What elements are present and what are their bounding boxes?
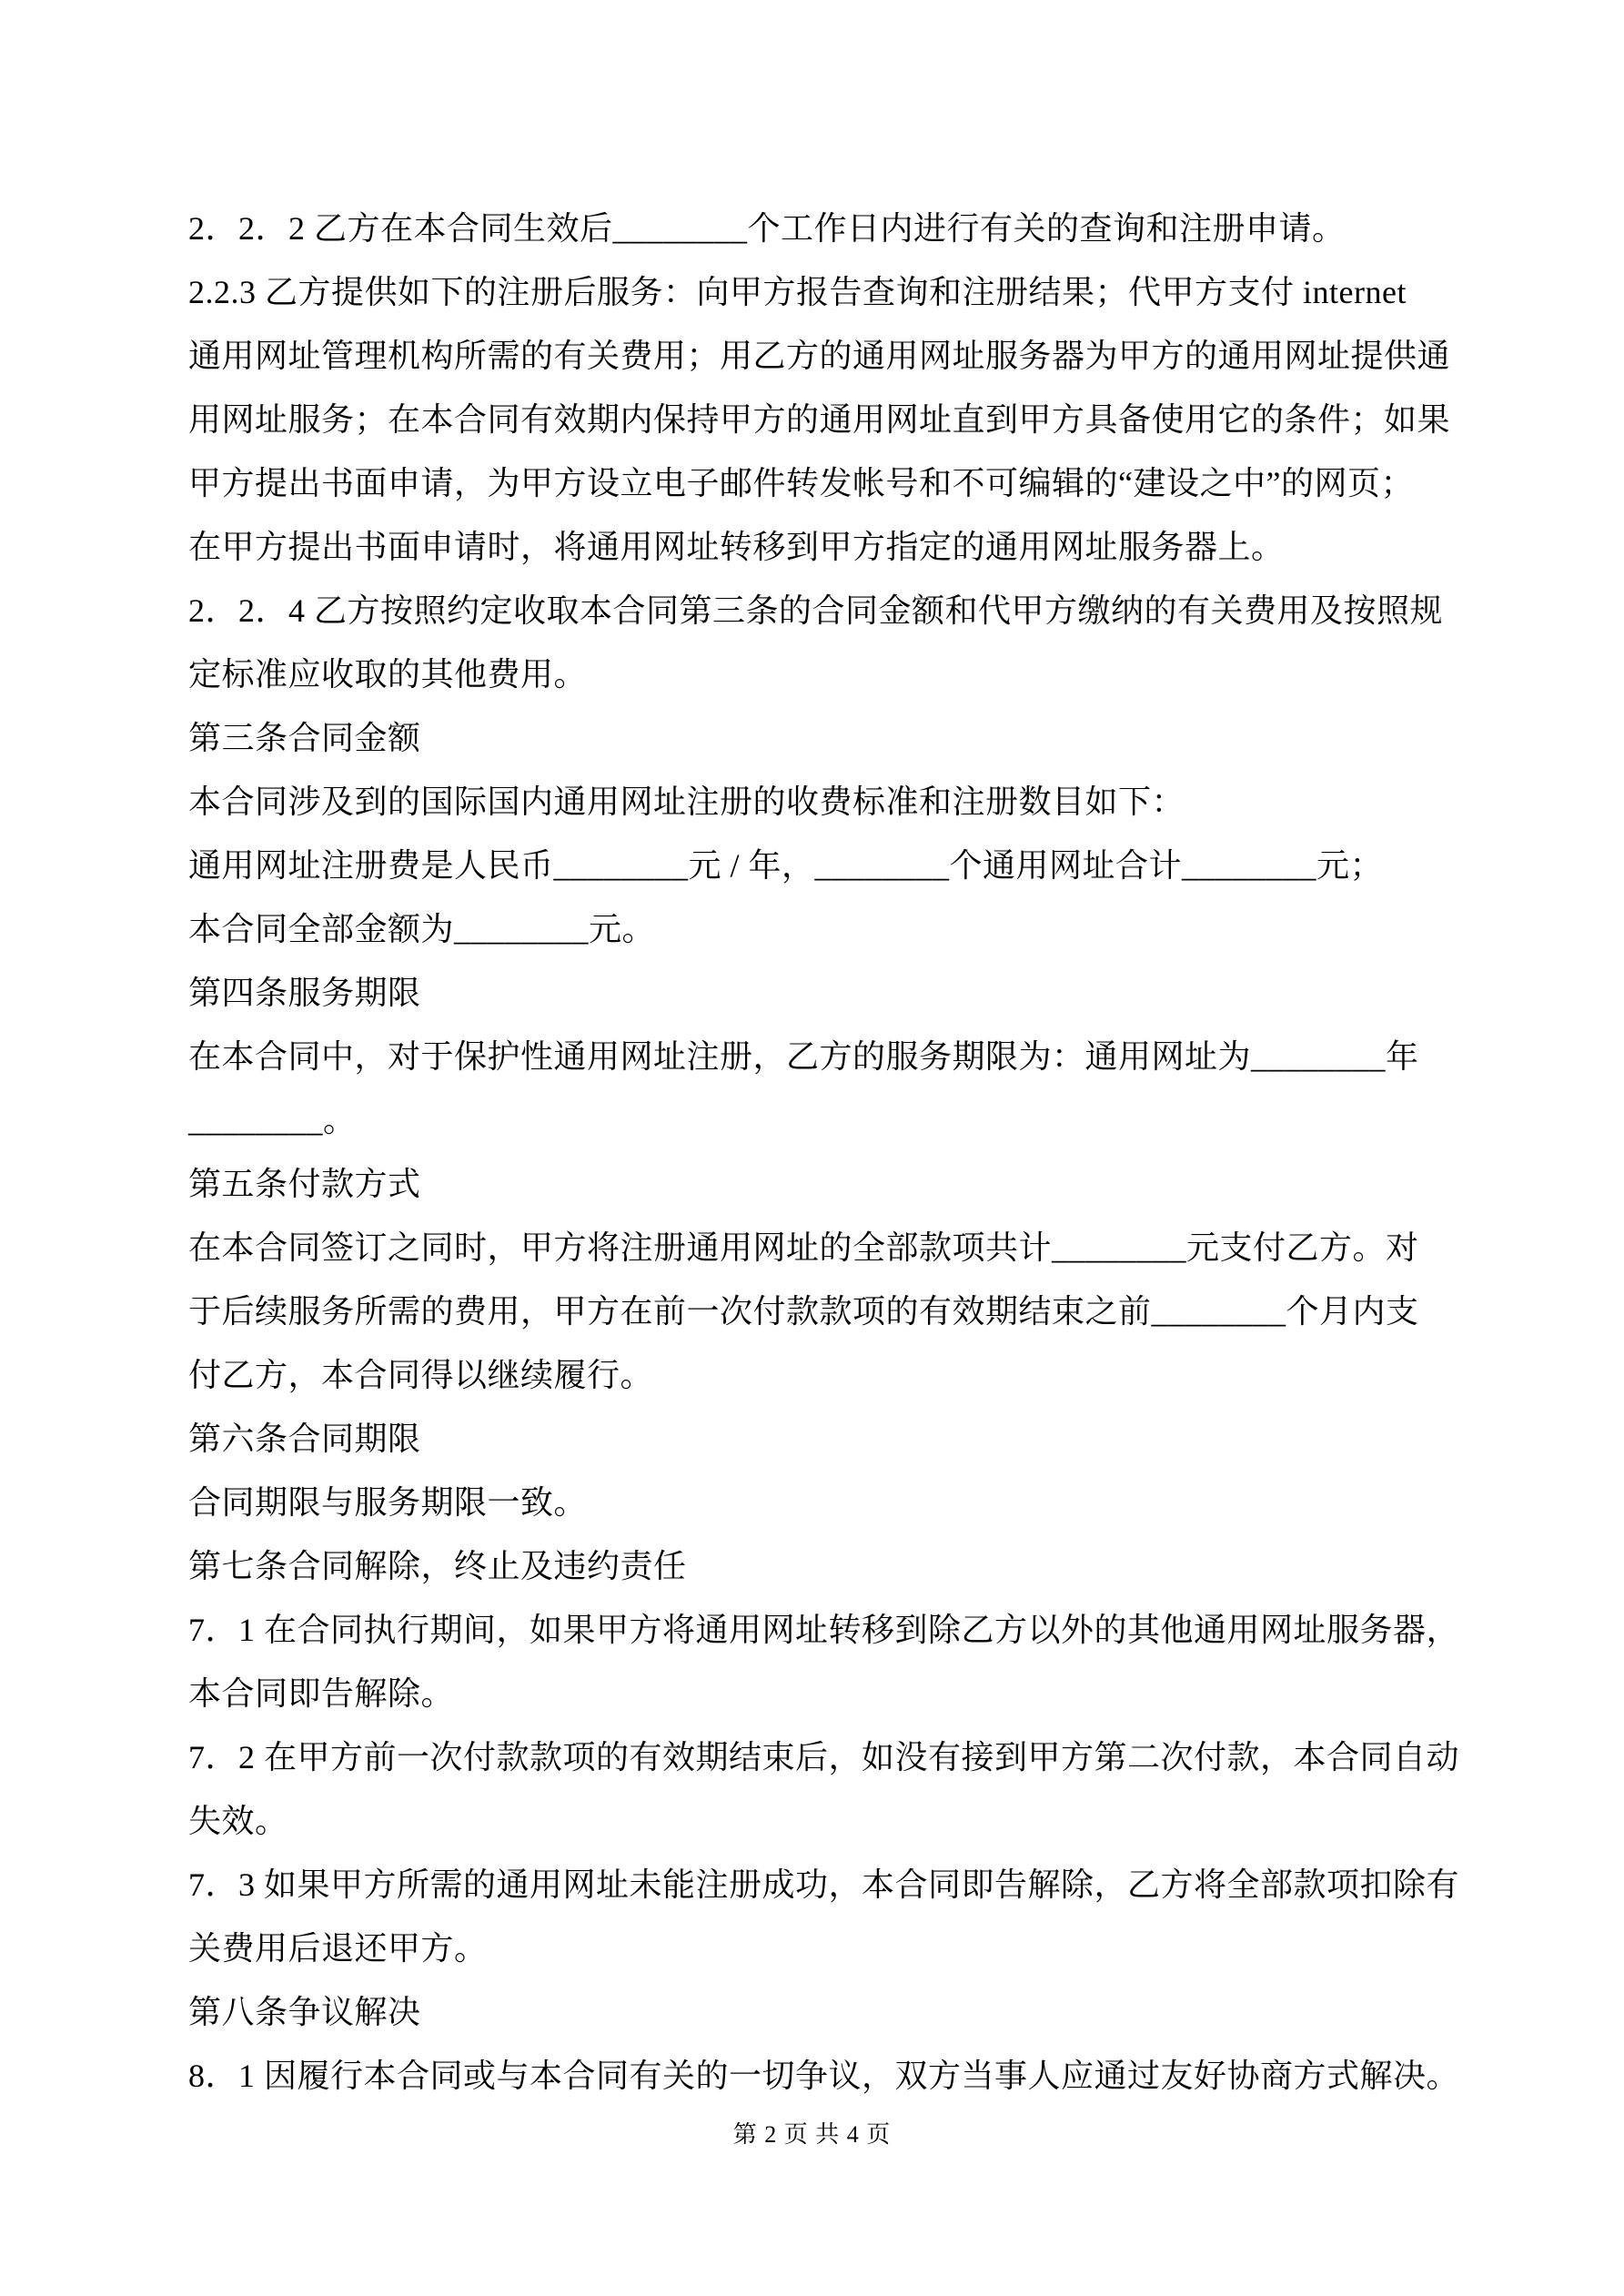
clause-2-2-2-line: 2．2．2 乙方在本合同生效后________个工作日内进行有关的查询和注册申请…: [188, 197, 1448, 260]
article-3-heading: 第三条合同金额: [188, 706, 1448, 770]
contract-body: 2．2．2 乙方在本合同生效后________个工作日内进行有关的查询和注册申请…: [188, 197, 1448, 2108]
contract-document-page: 2．2．2 乙方在本合同生效后________个工作日内进行有关的查询和注册申请…: [0, 0, 1624, 2296]
page-number: 第 2 页 共 4 页: [0, 2117, 1624, 2153]
clause-2-2-3-line-2: 通用网址管理机构所需的有关费用；用乙方的通用网址服务器为甲方的通用网址提供通: [188, 324, 1448, 388]
clause-2-2-4-line-2: 定标准应收取的其他费用。: [188, 642, 1448, 706]
article-6-line-1: 合同期限与服务期限一致。: [188, 1471, 1448, 1534]
article-8-heading: 第八条争议解决: [188, 1980, 1448, 2044]
clause-2-2-3-line-1: 2.2.3 乙方提供如下的注册后服务：向甲方报告查询和注册结果；代甲方支付 in…: [188, 260, 1448, 324]
clause-2-2-4-line-1: 2．2．4 乙方按照约定收取本合同第三条的合同金额和代甲方缴纳的有关费用及按照规: [188, 579, 1448, 642]
clause-7-3-line-2: 关费用后退还甲方。: [188, 1917, 1448, 1980]
article-5-heading: 第五条付款方式: [188, 1152, 1448, 1216]
article-6-heading: 第六条合同期限: [188, 1407, 1448, 1471]
article-5-line-2: 于后续服务所需的费用，甲方在前一次付款款项的有效期结束之前________个月内…: [188, 1279, 1448, 1343]
clause-7-2-line-2: 失效。: [188, 1789, 1448, 1853]
clause-2-2-3-line-5: 在甲方提出书面申请时，将通用网址转移到甲方指定的通用网址服务器上。: [188, 515, 1448, 579]
article-7-heading: 第七条合同解除，终止及违约责任: [188, 1534, 1448, 1598]
article-3-line-1: 本合同涉及到的国际国内通用网址注册的收费标准和注册数目如下：: [188, 770, 1448, 834]
article-4-line-2-blank: ________。: [188, 1088, 1448, 1152]
clause-7-1-line-2: 本合同即告解除。: [188, 1662, 1448, 1725]
clause-7-2-line-1: 7．2 在甲方前一次付款款项的有效期结束后，如没有接到甲方第二次付款，本合同自动: [188, 1725, 1448, 1789]
article-3-line-2-fee-blanks: 通用网址注册费是人民币________元 / 年，________个通用网址合计…: [188, 834, 1448, 897]
article-4-line-1: 在本合同中，对于保护性通用网址注册，乙方的服务期限为：通用网址为________…: [188, 1025, 1448, 1088]
clause-7-3-line-1: 7．3 如果甲方所需的通用网址未能注册成功，本合同即告解除，乙方将全部款项扣除有: [188, 1853, 1448, 1917]
clause-7-1-line-1: 7．1 在合同执行期间，如果甲方将通用网址转移到除乙方以外的其他通用网址服务器，: [188, 1598, 1448, 1662]
article-4-heading: 第四条服务期限: [188, 961, 1448, 1025]
article-3-line-3-total-blank: 本合同全部金额为________元。: [188, 897, 1448, 961]
article-5-line-3: 付乙方，本合同得以继续履行。: [188, 1343, 1448, 1407]
article-5-line-1: 在本合同签订之同时，甲方将注册通用网址的全部款项共计________元支付乙方。…: [188, 1216, 1448, 1279]
clause-8-1-line-1: 8．1 因履行本合同或与本合同有关的一切争议，双方当事人应通过友好协商方式解决。: [188, 2044, 1448, 2108]
clause-2-2-3-line-3: 用网址服务；在本合同有效期内保持甲方的通用网址直到甲方具备使用它的条件；如果: [188, 388, 1448, 451]
clause-2-2-3-line-4: 甲方提出书面申请，为甲方设立电子邮件转发帐号和不可编辑的“建设之中”的网页；: [188, 451, 1448, 515]
